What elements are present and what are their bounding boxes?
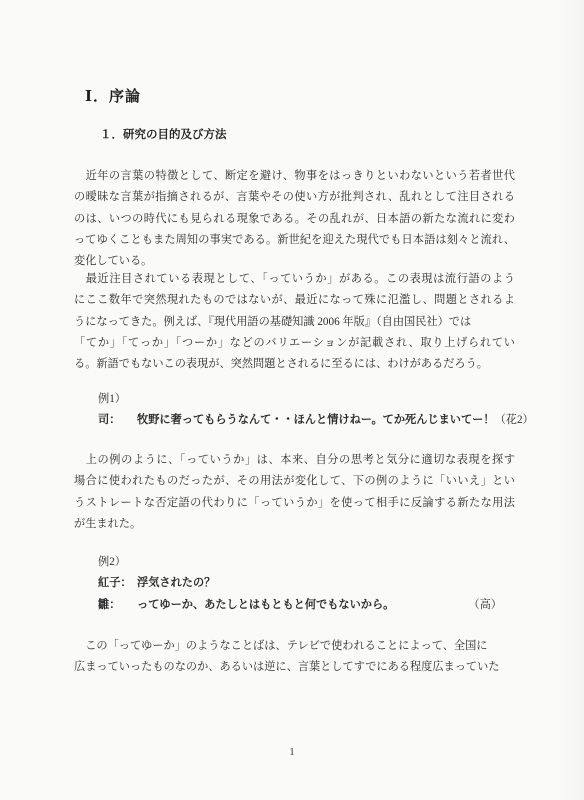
source-citation: （高） xyxy=(468,595,515,616)
text-line: が生まれた。 xyxy=(74,514,515,535)
document-page: Ⅰ．序論 １．研究の目的及び方法 近年の言葉の特徴として、断定を避け、物事をはっ… xyxy=(0,0,584,800)
text-line: 「てか」「てっか」「つーか」などのバリエーションが記載され、取り上げられてい xyxy=(74,333,515,354)
speaker-name: 司： xyxy=(98,410,137,431)
example-2: 例2） 紅子： 浮気されたの？ 雛： ってゆーか、あたしとはもともと何でもないか… xyxy=(98,552,515,616)
text-line: のは、いつの時代にも見られる現象である。その乱れが、日本語の新たな流れに変わ xyxy=(74,209,515,230)
text-line: この「ってゆーか」のようなことばは、テレビで使われることによって、全国に xyxy=(74,636,515,657)
section-heading: Ⅰ．序論 xyxy=(85,85,141,106)
text-line: 広まっていったものなのか、あるいは逆に、言葉としてすでにある程度広まっていた xyxy=(74,657,515,678)
text-line: る。新語でもないこの表現が、突然問題とされるに至るには、わけがあるだろう。 xyxy=(74,354,515,375)
text-line: うになってきた。例えば、『現代用語の基礎知識 2006 年版』（自由国民社）では xyxy=(74,312,515,333)
example-2-dialogue-1: 紅子： 浮気されたの？ xyxy=(98,573,515,594)
page-number: 1 xyxy=(0,746,584,758)
text-line: ってゆくこともまた周知の事実である。新世紀を迎えた現代でも日本語は刻々と流れ、 xyxy=(74,230,515,251)
paragraph-4: この「ってゆーか」のようなことばは、テレビで使われることによって、全国に 広まっ… xyxy=(74,636,515,679)
example-1: 例1） 司： 牧野に奢ってもらうなんて・・ほんと情けねー。てか死んじまいてー！ … xyxy=(98,389,515,432)
dialogue-text: 浮気されたの？ xyxy=(137,573,215,594)
dialogue-text: ってゆーか、あたしとはもともと何でもないから。 xyxy=(137,595,394,616)
text-line: 最近注目されている表現として、「っていうか」がある。この表現は流行語のよう xyxy=(74,269,515,290)
speaker-name: 雛： xyxy=(98,595,137,616)
text-line: うストレートな否定語の代わりに「っていうか」を使って相手に反論する新たな用法 xyxy=(74,493,515,514)
subsection-heading: １．研究の目的及び方法 xyxy=(100,126,227,142)
text-line: 近年の言葉の特徴として、断定を避け、物事をはっきりといわないという若者世代 xyxy=(74,166,515,187)
text-line: の曖昧な言葉が指摘されるが、言葉やその使い方が批判され、乱れとして注目される xyxy=(74,187,515,208)
example-2-dialogue-2: 雛： ってゆーか、あたしとはもともと何でもないから。 （高） xyxy=(98,595,515,616)
dialogue-text: 牧野に奢ってもらうなんて・・ほんと情けねー。てか死んじまいてー！ xyxy=(137,410,495,431)
example-1-dialogue: 司： 牧野に奢ってもらうなんて・・ほんと情けねー。てか死んじまいてー！ （花2） xyxy=(98,410,515,431)
paragraph-1: 近年の言葉の特徴として、断定を避け、物事をはっきりといわないという若者世代 の曖… xyxy=(74,166,515,272)
example-2-label: 例2） xyxy=(98,552,515,573)
paragraph-2: 最近注目されている表現として、「っていうか」がある。この表現は流行語のよう にこ… xyxy=(74,269,515,375)
paragraph-3: 上の例のように、「っていうか」は、本来、自分の思考と気分に適切な表現を探す 場合… xyxy=(74,450,515,535)
speaker-name: 紅子： xyxy=(98,573,137,594)
text-line: 上の例のように、「っていうか」は、本来、自分の思考と気分に適切な表現を探す xyxy=(74,450,515,471)
source-citation: （花2） xyxy=(495,410,547,431)
text-line: 場合に使われたものだったが、その用法が変化して、下の例のように「いいえ」とい xyxy=(74,471,515,492)
example-1-label: 例1） xyxy=(98,389,515,410)
text-line: にここ数年で突然現れたものではないが、最近になって殊に氾濫し、問題とされるよ xyxy=(74,290,515,311)
